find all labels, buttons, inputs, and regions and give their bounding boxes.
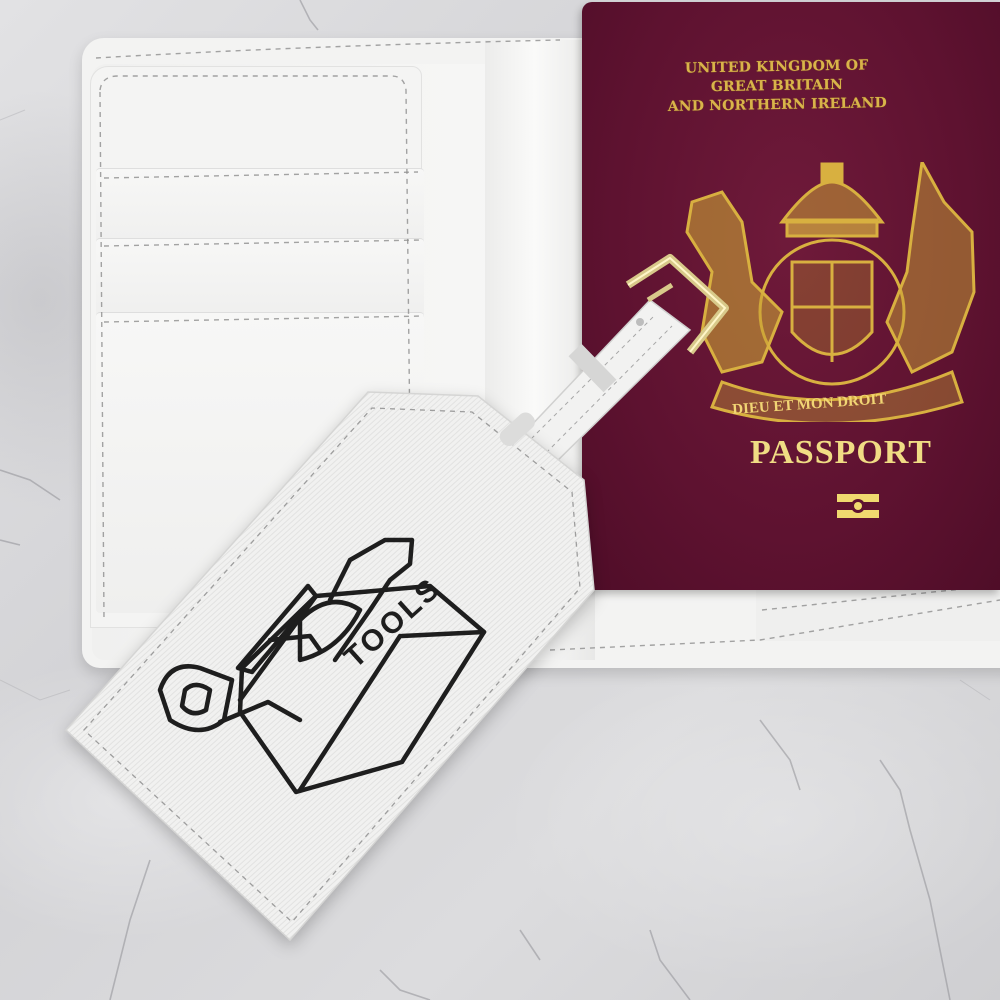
product-photo: UNITED KINGDOM OF GREAT BRITAIN AND NORT… [0, 0, 1000, 1000]
luggage-tag-strap [0, 0, 1000, 1000]
